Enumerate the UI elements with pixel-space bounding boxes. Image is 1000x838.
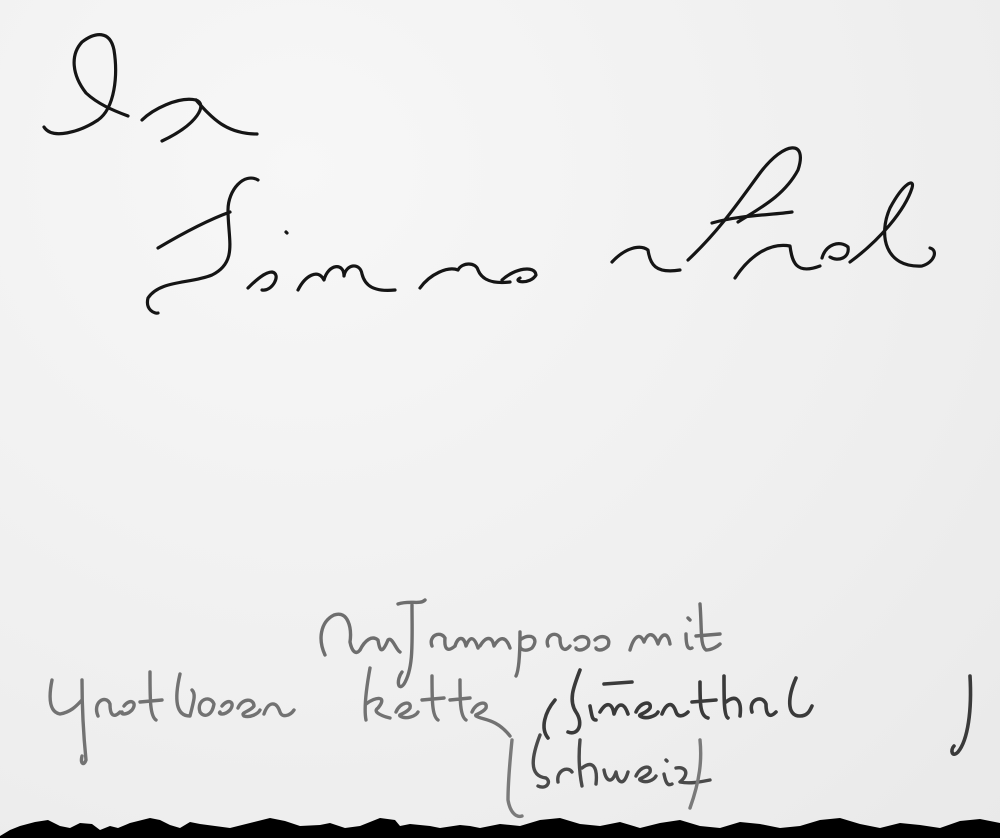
handwriting-simmenthal xyxy=(147,148,934,313)
handwriting-caption-line-2-dark xyxy=(544,670,970,754)
handwriting-caption-line-2 xyxy=(50,668,510,763)
handwriting-caption-line-1 xyxy=(321,600,720,687)
handwriting-in xyxy=(44,35,257,141)
handwriting-caption-line-3 xyxy=(508,735,710,816)
deckled-edge xyxy=(0,808,1000,838)
photo-back-page: In Simmenthal Am Jaunpass mit Gastlosen … xyxy=(0,0,1000,838)
handwriting-layer xyxy=(0,0,1000,838)
